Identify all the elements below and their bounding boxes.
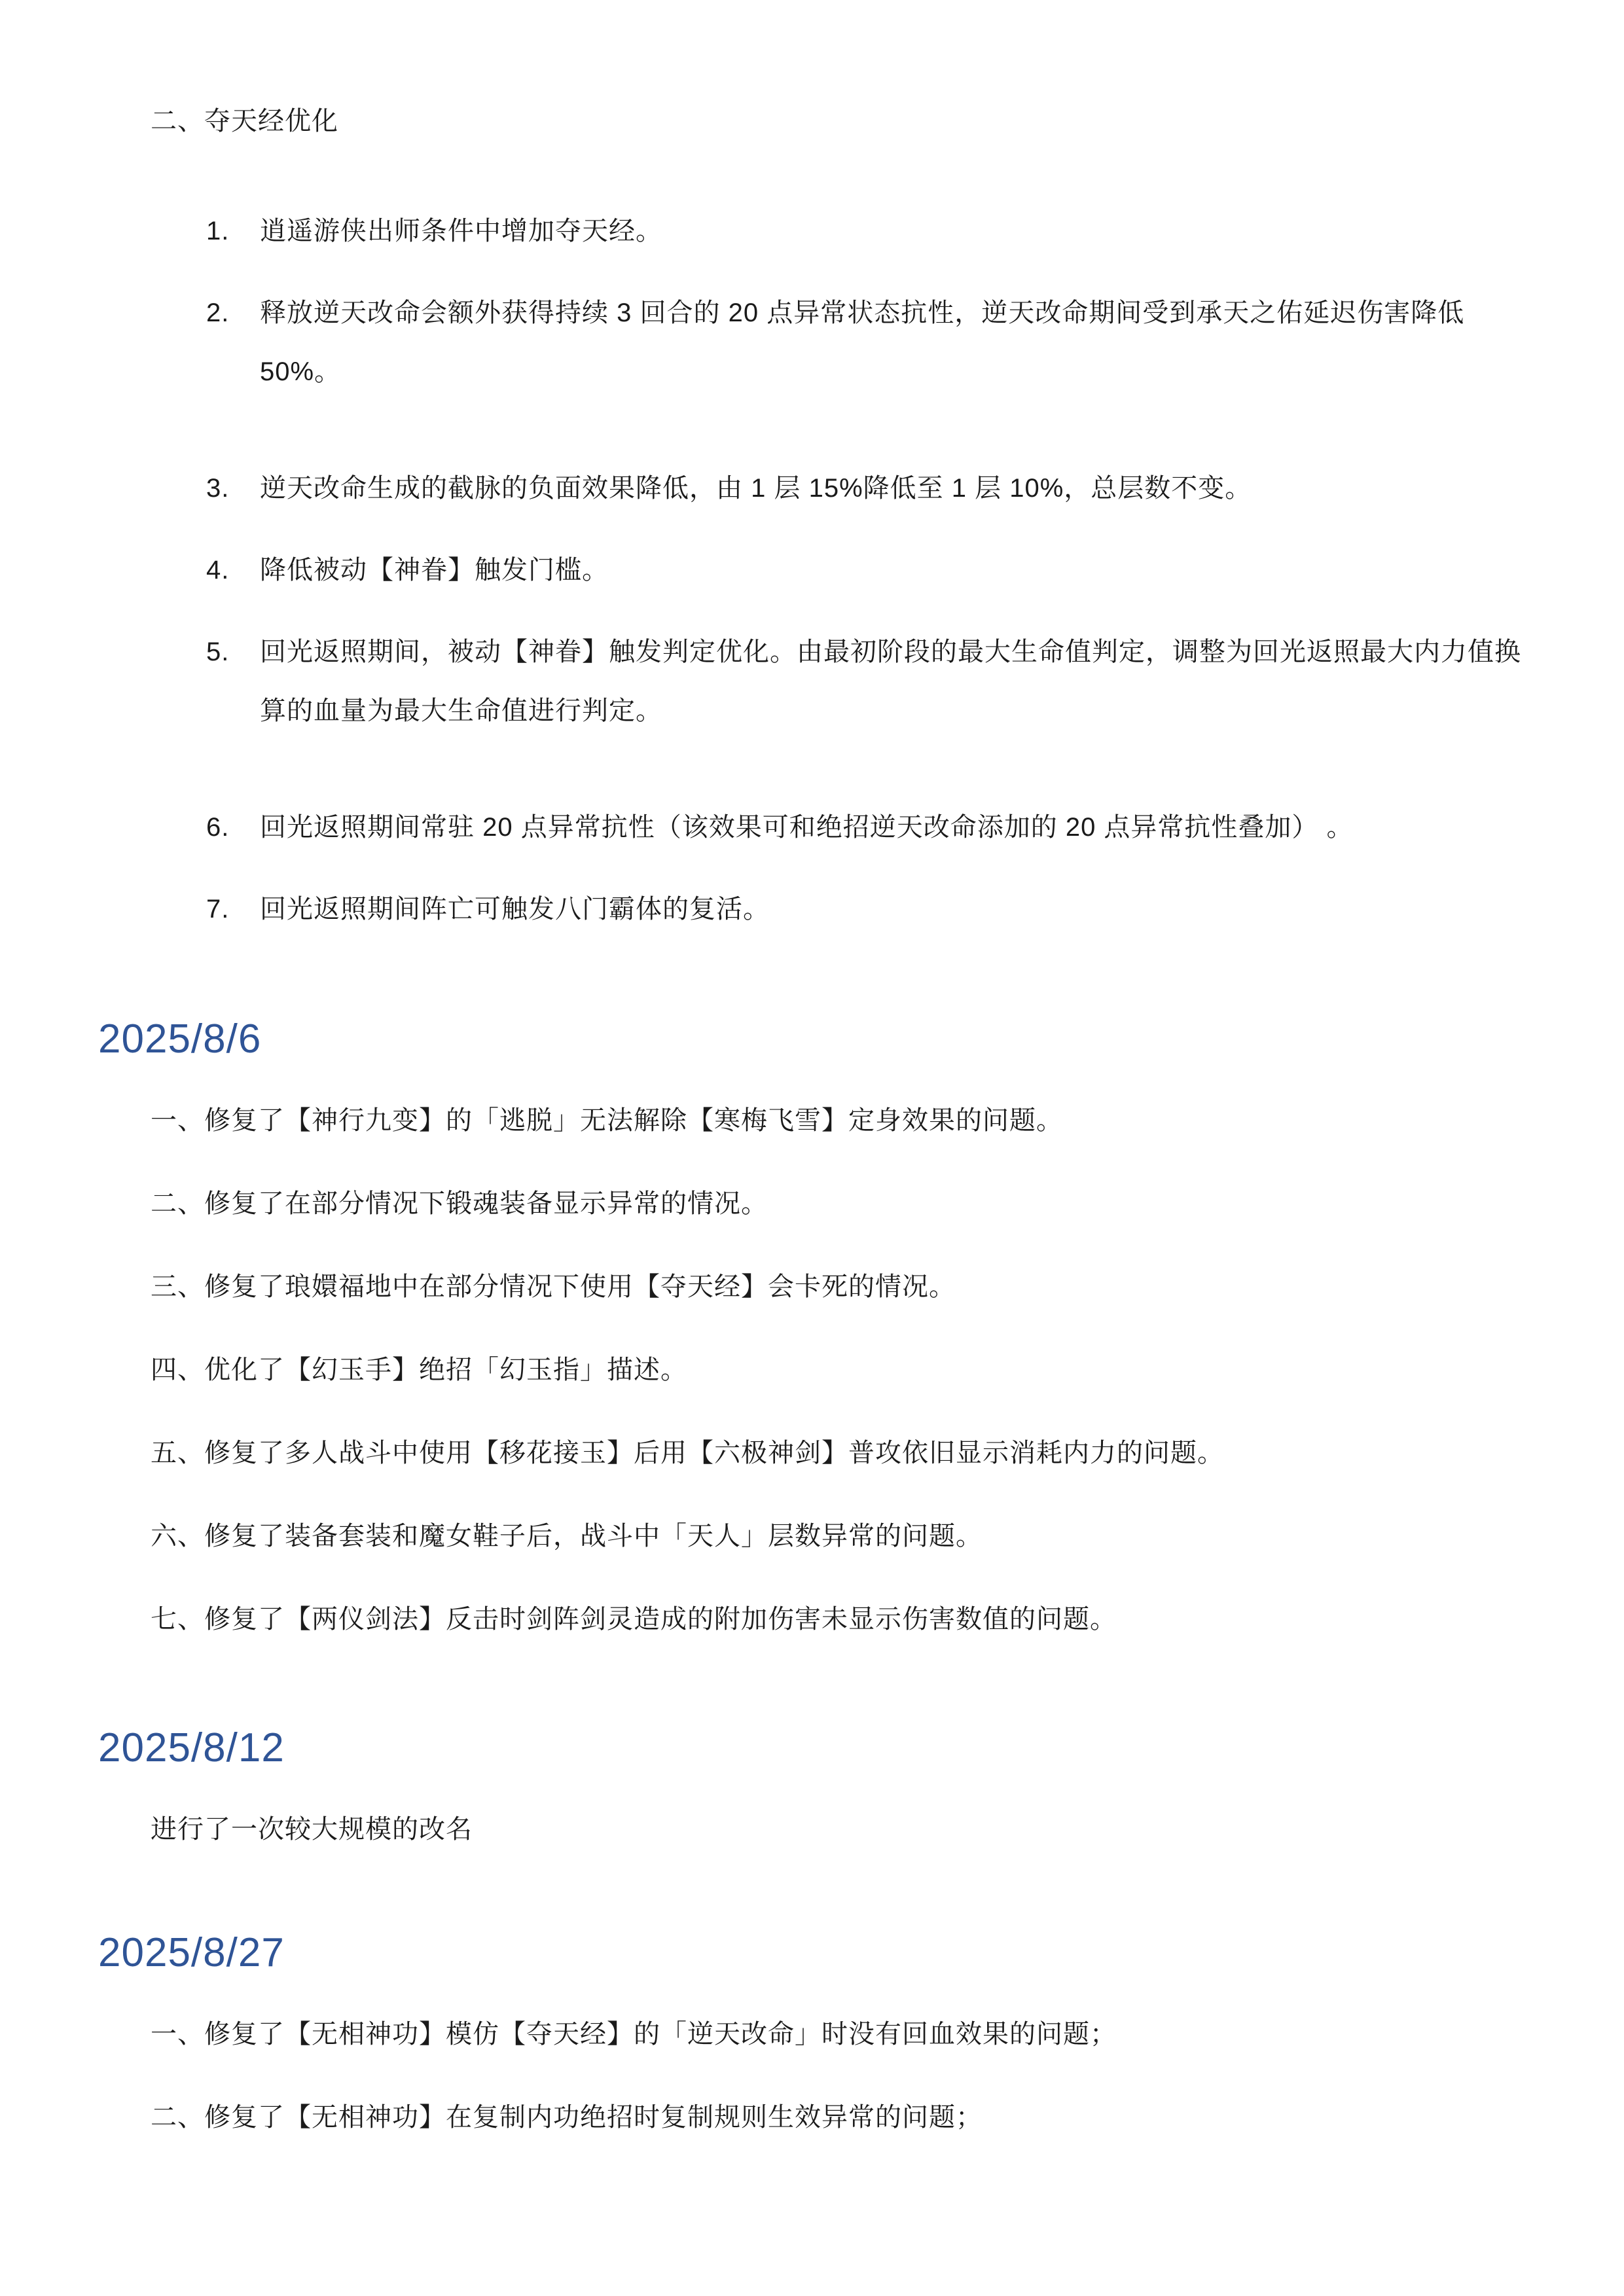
document-page: 二、夺天经优化 1. 逍遥游侠出师条件中增加夺天经。 2. 释放逆天改命会额外获…	[0, 0, 1624, 2296]
item-text: 回光返照期间阵亡可触发八门霸体的复活。	[260, 895, 770, 924]
numbered-list: 1. 逍遥游侠出师条件中增加夺天经。 2. 释放逆天改命会额外获得持续 3 回合…	[206, 202, 1526, 939]
item-text: 逆天改命生成的截脉的负面效果降低，由 1 层 15%降低至 1 层 10%，总层…	[260, 474, 1252, 503]
update-item: 六、修复了装备套装和魔女鞋子后，战斗中「天人」层数异常的问题。	[151, 1507, 1526, 1566]
item-number: 6.	[206, 798, 229, 857]
item-text: 降低被动【神眷】触发门槛。	[260, 556, 609, 584]
update-item: 一、修复了【神行九变】的「逃脱」无法解除【寒梅飞雪】定身效果的问题。	[151, 1091, 1526, 1150]
numbered-list-item-3: 3. 逆天改命生成的截脉的负面效果降低，由 1 层 15%降低至 1 层 10%…	[206, 459, 1526, 518]
item-number: 1.	[206, 202, 229, 260]
item-text: 逍遥游侠出师条件中增加夺天经。	[260, 217, 662, 245]
update-item: 七、修复了【两仪剑法】反击时剑阵剑灵造成的附加伤害未显示伤害数值的问题。	[151, 1590, 1526, 1649]
numbered-list-item-6: 6. 回光返照期间常驻 20 点异常抗性（该效果可和绝招逆天改命添加的 20 点…	[206, 798, 1526, 857]
date-heading-2025-8-12: 2025/8/12	[98, 1721, 1526, 1776]
item-text: 回光返照期间，被动【神眷】触发判定优化。由最初阶段的最大生命值判定，调整为回光返…	[260, 637, 1521, 725]
update-item: 二、修复了在部分情况下锻魂装备显示异常的情况。	[151, 1174, 1526, 1233]
update-item: 五、修复了多人战斗中使用【移花接玉】后用【六极神剑】普攻依旧显示消耗内力的问题。	[151, 1424, 1526, 1482]
item-text: 回光返照期间常驻 20 点异常抗性（该效果可和绝招逆天改命添加的 20 点异常抗…	[260, 813, 1354, 842]
update-item: 进行了一次较大规模的改名	[151, 1800, 1526, 1859]
item-number: 2.	[206, 283, 229, 342]
date-heading-2025-8-27: 2025/8/27	[98, 1926, 1526, 1981]
update-item: 四、优化了【幻玉手】绝招「幻玉指」描述。	[151, 1340, 1526, 1399]
numbered-list-item-1: 1. 逍遥游侠出师条件中增加夺天经。	[206, 202, 1526, 260]
item-number: 5.	[206, 622, 229, 681]
item-number: 3.	[206, 459, 229, 518]
numbered-list-item-4: 4. 降低被动【神眷】触发门槛。	[206, 541, 1526, 600]
numbered-list-item-7: 7. 回光返照期间阵亡可触发八门霸体的复活。	[206, 880, 1526, 939]
update-item: 三、修复了琅嬛福地中在部分情况下使用【夺天经】会卡死的情况。	[151, 1257, 1526, 1316]
item-text: 释放逆天改命会额外获得持续 3 回合的 20 点异常状态抗性，逆天改命期间受到承…	[260, 298, 1464, 386]
update-item: 一、修复了【无相神功】模仿【夺天经】的「逆天改命」时没有回血效果的问题；	[151, 2005, 1526, 2064]
numbered-list-item-2: 2. 释放逆天改命会额外获得持续 3 回合的 20 点异常状态抗性，逆天改命期间…	[206, 283, 1526, 401]
item-number: 4.	[206, 541, 229, 600]
date-heading-2025-8-6: 2025/8/6	[98, 1012, 1526, 1067]
section-title: 二、夺天经优化	[151, 92, 1526, 151]
numbered-list-item-5: 5. 回光返照期间，被动【神眷】触发判定优化。由最初阶段的最大生命值判定，调整为…	[206, 622, 1526, 740]
update-item: 二、修复了【无相神功】在复制内功绝招时复制规则生效异常的问题；	[151, 2088, 1526, 2147]
item-number: 7.	[206, 880, 229, 939]
